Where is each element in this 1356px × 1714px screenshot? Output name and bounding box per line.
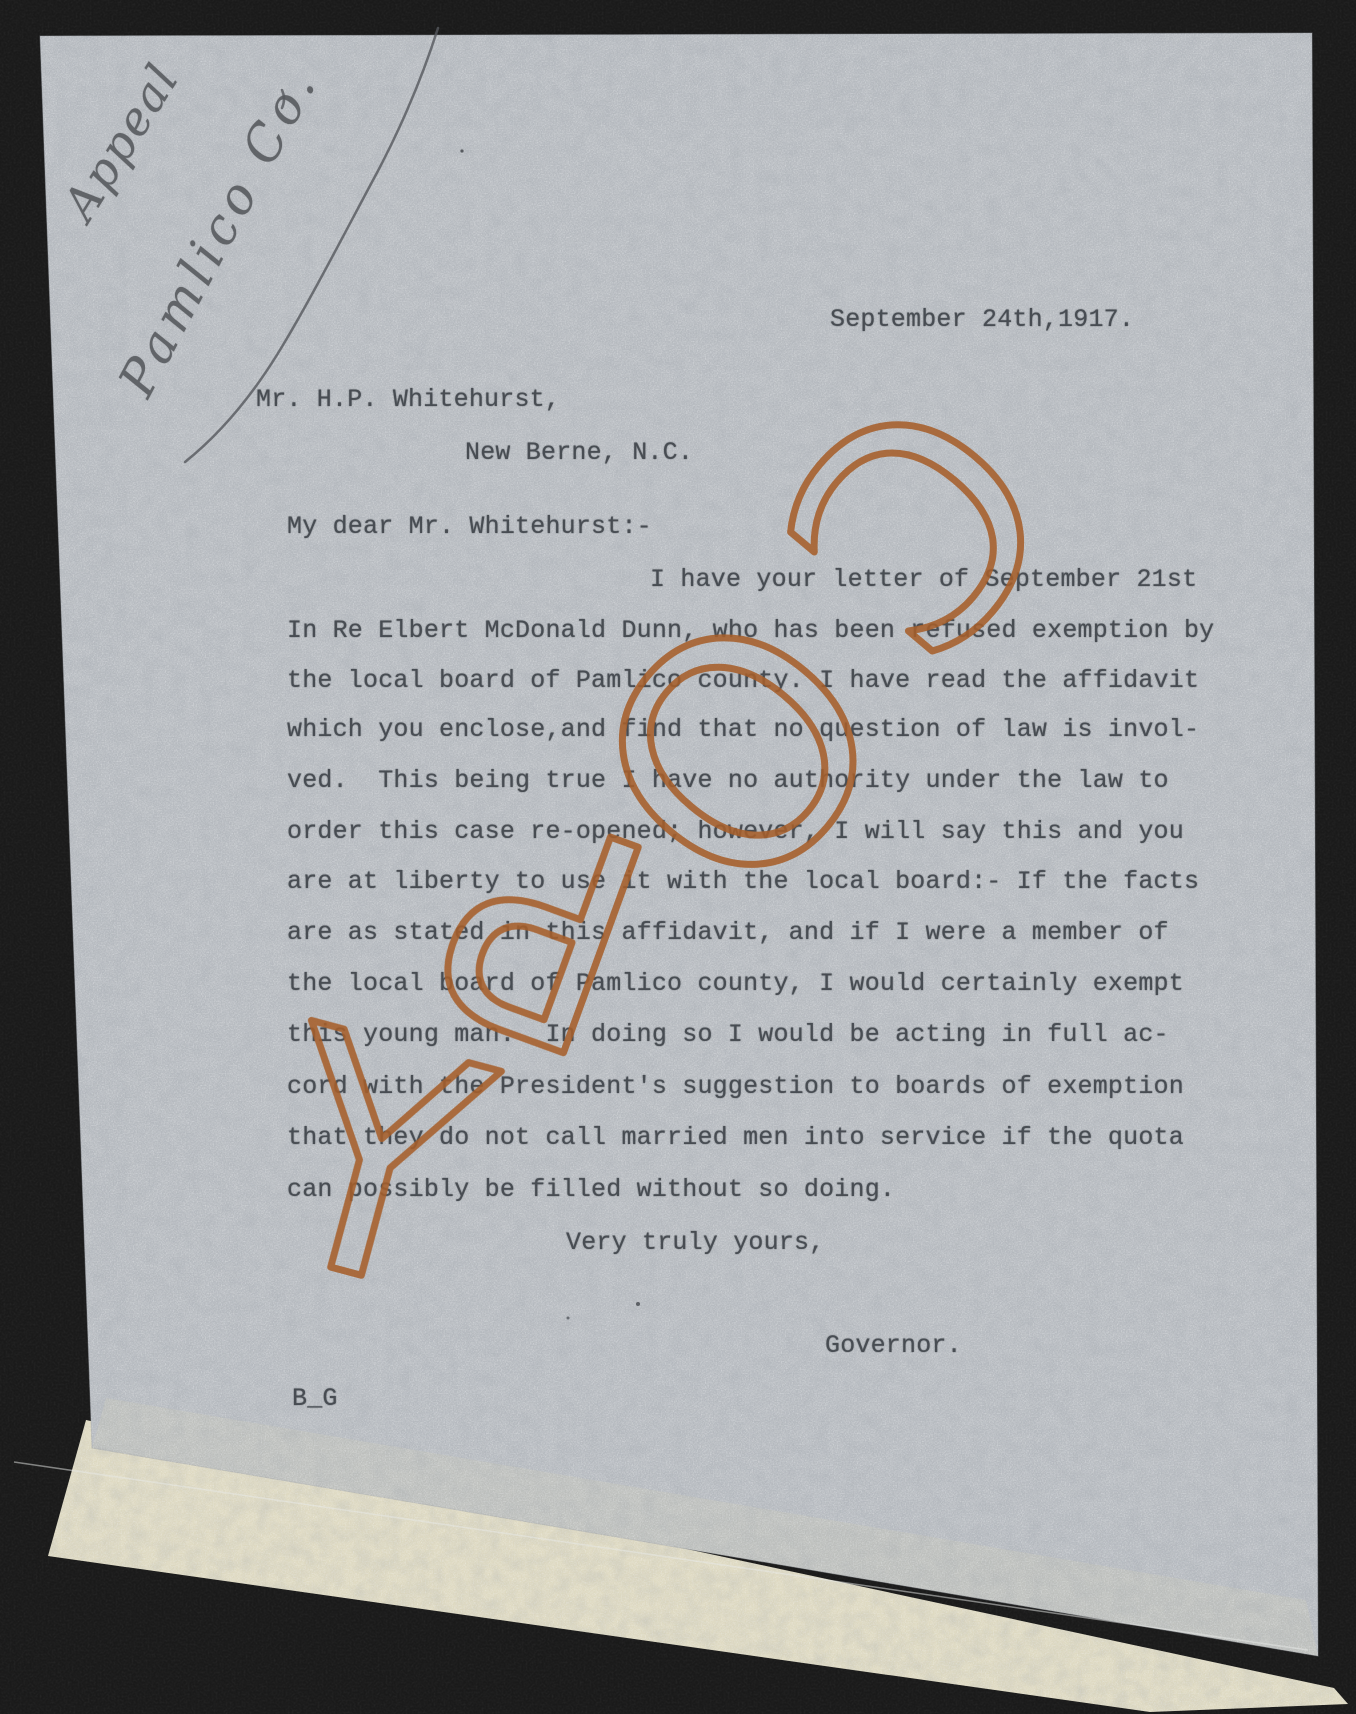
body-line: the local board of Pamlico county, I wou… xyxy=(287,971,1184,996)
body-line: this young man. In doing so I would be a… xyxy=(287,1022,1169,1047)
body-line: the local board of Pamlico county. I hav… xyxy=(287,668,1199,693)
body-line-indent: I have your letter of September 21st xyxy=(650,567,1197,592)
paper-translucency-band xyxy=(92,1398,1318,1656)
recipient-name: Mr. H.P. Whitehurst, xyxy=(256,387,560,412)
body-line: cord with the President's suggestion to … xyxy=(287,1074,1184,1099)
handwritten-note-appeal: Appeal xyxy=(53,54,189,229)
ink-speck xyxy=(636,1302,640,1306)
signature-title: Governor. xyxy=(825,1333,962,1358)
body-line: which you enclose,and find that no quest… xyxy=(287,717,1199,742)
body-line: order this case re-opened; however, I wi… xyxy=(287,819,1184,844)
backing-sheet xyxy=(48,1420,1348,1712)
body-line: are at liberty to use it with the local … xyxy=(287,869,1199,894)
ink-speck xyxy=(460,149,463,152)
closing-line: Very truly yours, xyxy=(566,1230,824,1255)
body-line: are as stated in this affidavit, and if … xyxy=(287,920,1169,945)
copy-stamp: C O P Y xyxy=(227,328,1115,1371)
ink-speck xyxy=(567,1317,570,1320)
body-line: that they do not call married men into s… xyxy=(287,1125,1184,1150)
fold-crease xyxy=(14,1462,1308,1650)
recipient-city: New Berne, N.C. xyxy=(465,440,693,465)
date-line: September 24th,1917. xyxy=(830,307,1134,332)
body-line: can possibly be filled without so doing. xyxy=(287,1177,895,1202)
body-line: ved. This being true I have no authority… xyxy=(287,768,1169,793)
typist-initials: B_G xyxy=(292,1386,338,1411)
copy-stamp-letter-c: C xyxy=(713,328,1115,713)
body-line: In Re Elbert McDonald Dunn, who has been… xyxy=(287,618,1214,643)
letter-scan-page: Appeal Pamlico Co. September 24th,1917. … xyxy=(0,0,1356,1714)
salutation: My dear Mr. Whitehurst:- xyxy=(287,514,652,539)
